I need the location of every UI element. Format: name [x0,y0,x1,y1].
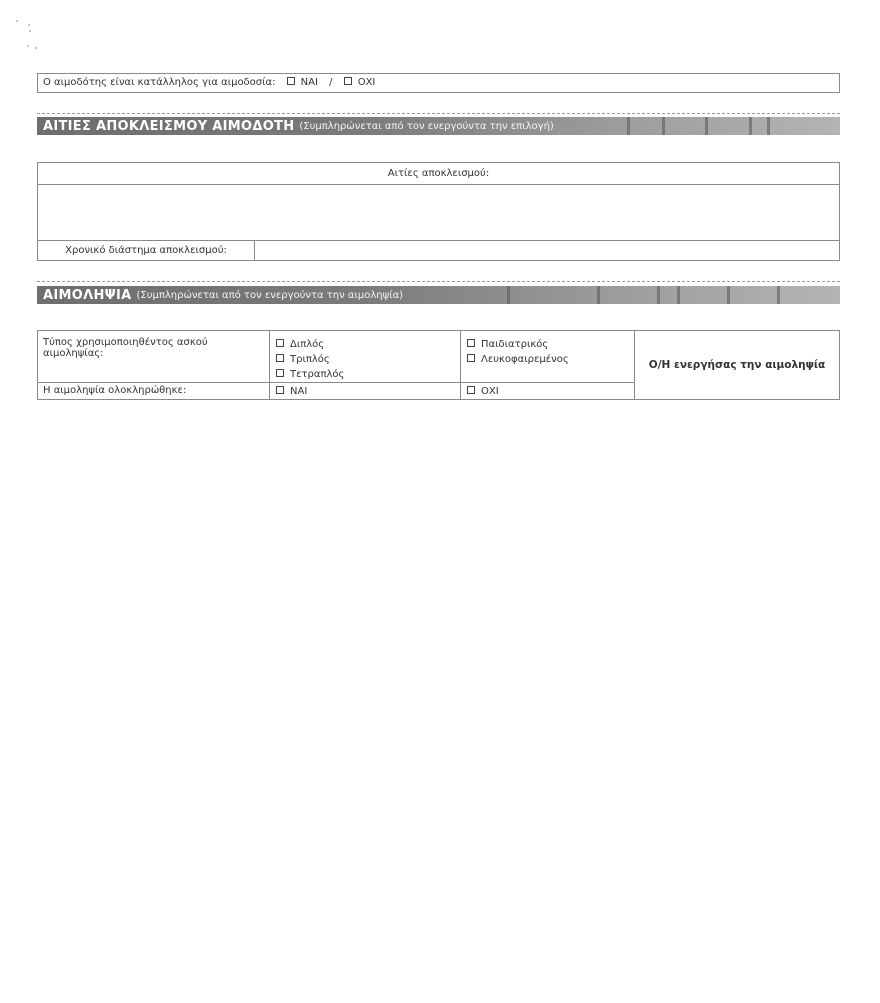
completed-yes-option[interactable]: ΝΑΙ [270,383,461,400]
scan-artifact [16,20,18,22]
scan-artifact [28,24,30,26]
collection-section-subtitle: (Συμπληρώνεται από τον ενεργούντα την αι… [136,290,403,301]
bag-type-options-col2: Παιδιατρικός Λευκοφαιρεμένος [461,331,635,383]
eligibility-label: Ο αιμοδότης είναι κατάλληλος για αιμοδοσ… [43,77,275,88]
divider [37,113,840,114]
exclusion-reasons-field[interactable] [38,185,840,241]
collection-section-header: ΑΙΜΟΛΗΨΙΑ (Συμπληρώνεται από τον ενεργού… [37,286,840,304]
eligibility-line: Ο αιμοδότης είναι κατάλληλος για αιμοδοσ… [43,77,375,88]
completed-label: Η αιμοληψία ολοκληρώθηκε: [38,383,270,400]
exclusion-section-title: ΑΙΤΙΕΣ ΑΠΟΚΛΕΙΣΜΟΥ ΑΙΜΟΔΟΤΗ [43,119,294,134]
checkbox-icon[interactable] [467,339,475,347]
option-separator: / [329,77,332,88]
eligibility-yes-option[interactable]: ΝΑΙ [287,77,318,88]
exclusion-period-field[interactable] [255,241,840,261]
bag-type-options-col1: Διπλός Τριπλός Τετραπλός [270,331,461,383]
bag-type-option-triple[interactable]: Τριπλός [276,352,460,367]
performer-label: Ο/Η ενεργήσας την αιμοληψία [649,359,825,371]
bag-type-option-leukoreduced[interactable]: Λευκοφαιρεμένος [467,352,634,367]
performer-signature-field[interactable]: Ο/Η ενεργήσας την αιμοληψία [635,331,840,400]
checkbox-icon[interactable] [276,339,284,347]
bag-type-label: Τύπος χρησιμοποιηθέντος ασκού αιμοληψίας… [38,331,270,383]
collection-table: Τύπος χρησιμοποιηθέντος ασκού αιμοληψίας… [37,330,840,400]
checkbox-icon[interactable] [276,386,284,394]
divider [37,281,840,282]
completed-no-option[interactable]: ΟΧΙ [461,383,635,400]
scan-artifact [35,47,37,49]
checkbox-icon[interactable] [287,77,295,85]
checkbox-icon[interactable] [276,354,284,362]
scan-artifact [27,45,29,47]
eligibility-row: Ο αιμοδότης είναι κατάλληλος για αιμοδοσ… [37,73,840,93]
checkbox-icon[interactable] [467,354,475,362]
eligibility-no-option[interactable]: ΟΧΙ [344,77,376,88]
checkbox-icon[interactable] [467,386,475,394]
exclusion-period-label: Χρονικό διάστημα αποκλεισμού: [38,241,255,261]
bag-type-option-pediatric[interactable]: Παιδιατρικός [467,337,634,352]
exclusion-reasons-header: Αιτίες αποκλεισμού: [38,163,840,185]
exclusion-table: Αιτίες αποκλεισμού: Χρονικό διάστημα απο… [37,162,840,261]
exclusion-section-subtitle: (Συμπληρώνεται από τον ενεργούντα την επ… [299,121,553,132]
collection-section-title: ΑΙΜΟΛΗΨΙΑ [43,288,131,303]
checkbox-icon[interactable] [276,369,284,377]
exclusion-section-header: ΑΙΤΙΕΣ ΑΠΟΚΛΕΙΣΜΟΥ ΑΙΜΟΔΟΤΗ (Συμπληρώνετ… [37,117,840,135]
bag-type-option-double[interactable]: Διπλός [276,337,460,352]
scan-artifact [29,30,31,32]
bag-type-option-quadruple[interactable]: Τετραπλός [276,367,460,382]
checkbox-icon[interactable] [344,77,352,85]
